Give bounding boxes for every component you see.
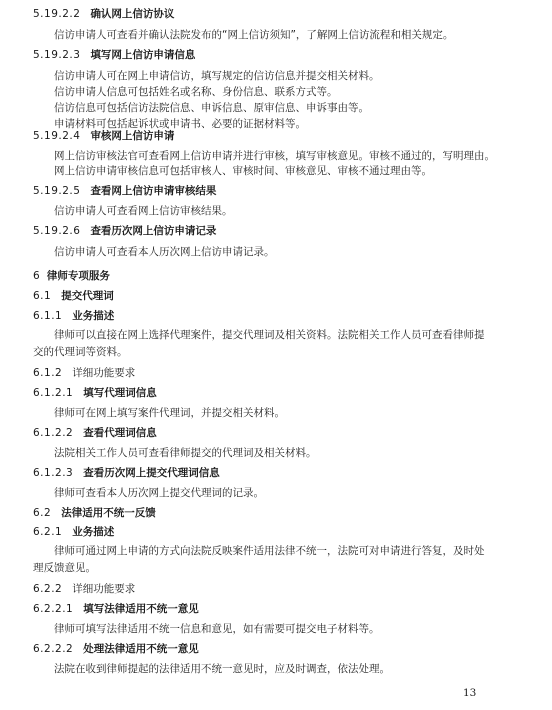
heading-6-1-2-1: 6.1.2.1 填写代理词信息 xyxy=(33,385,157,400)
paragraph: 信访信息可包括信访法院信息、申诉信息、原审信息、申诉事由等。 xyxy=(54,100,369,115)
heading-6-1-2-2: 6.1.2.2 查看代理词信息 xyxy=(33,425,157,440)
heading-5-19-2-4: 5.19.2.4 审核网上信访申请 xyxy=(33,128,174,143)
heading-5-19-2-6: 5.19.2.6 查看历次网上信访申请记录 xyxy=(33,223,216,238)
paragraph: 信访申请人可查看本人历次网上信访申请记录。 xyxy=(54,244,275,259)
paragraph: 律师可通过网上申请的方式向法院反映案件适用法律不统一，法院可对申请进行答复，及时… xyxy=(33,543,493,577)
heading-6-2-2-2: 6.2.2.2 处理法律适用不统一意见 xyxy=(33,641,199,656)
heading-5-19-2-2: 5.19.2.2 确认网上信访协议 xyxy=(33,6,174,21)
paragraph: 律师可填写法律适用不统一信息和意见，如有需要可提交电子材料等。 xyxy=(54,621,380,636)
heading-5-19-2-5: 5.19.2.5 查看网上信访申请审核结果 xyxy=(33,183,216,198)
heading-6-2-2-1: 6.2.2.1 填写法律适用不统一意见 xyxy=(33,601,199,616)
paragraph: 法院相关工作人员可查看律师提交的代理词及相关材料。 xyxy=(54,445,317,460)
page-number: 13 xyxy=(463,687,476,699)
paragraph: 信访申请人信息可包括姓名或名称、身份信息、联系方式等。 xyxy=(54,84,338,99)
heading-6-1-2-3: 6.1.2.3 查看历次网上提交代理词信息 xyxy=(33,465,220,480)
heading-6-2-1: 6.2.1 业务描述 xyxy=(33,524,114,539)
paragraph: 律师可以直接在网上选择代理案件，提交代理词及相关资料。法院相关工作人员可查看律师… xyxy=(33,327,493,361)
heading-5-19-2-3: 5.19.2.3 填写网上信访申请信息 xyxy=(33,47,195,62)
heading-6-1-2: 6.1.2 详细功能要求 xyxy=(33,365,135,380)
paragraph: 信访申请人可在网上申请信访，填写规定的信访信息并提交相关材料。 xyxy=(54,68,380,83)
document-page: 5.19.2.2 确认网上信访协议 信访申请人可查看并确认法院发布的“网上信访须… xyxy=(0,0,552,710)
paragraph: 律师可查看本人历次网上提交代理词的记录。 xyxy=(54,485,264,500)
heading-6-2: 6.2 法律适用不统一反馈 xyxy=(33,505,156,520)
paragraph: 信访申请人可查看网上信访审核结果。 xyxy=(54,203,233,218)
paragraph: 信访申请人可查看并确认法院发布的“网上信访须知”，了解网上信访流程和相关规定。 xyxy=(54,27,453,42)
heading-6-2-2: 6.2.2 详细功能要求 xyxy=(33,581,135,596)
heading-6-1-1: 6.1.1 业务描述 xyxy=(33,308,114,323)
paragraph: 律师可在网上填写案件代理词，并提交相关材料。 xyxy=(54,405,285,420)
paragraph: 网上信访审核法官可查看网上信访申请并进行审核，填写审核意见。审核不通过的，写明理… xyxy=(54,148,495,163)
paragraph: 法院在收到律师提起的法律适用不统一意见时，应及时调查，依法处理。 xyxy=(54,661,390,676)
paragraph: 网上信访申请审核信息可包括审核人、审核时间、审核意见、审核不通过理由等。 xyxy=(54,163,432,178)
heading-6: 6 律师专项服务 xyxy=(33,268,110,283)
heading-6-1: 6.1 提交代理词 xyxy=(33,288,114,303)
